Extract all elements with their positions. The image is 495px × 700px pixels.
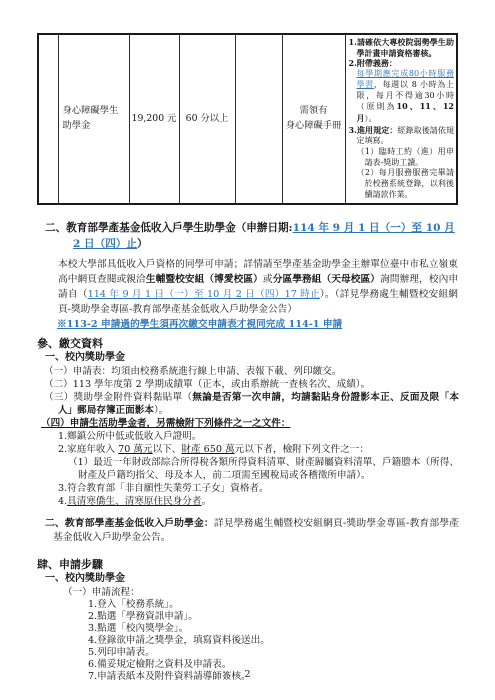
- section2-heading: 二、教育部學產基金低收入戶學生助學金（申辦日期:114 年 9 月 1 日（一）…: [45, 220, 459, 252]
- resubmission-note-link[interactable]: ※113-2 申請過的學生須再次繳交申請表才視同完成 114-1 申請: [57, 319, 342, 330]
- item4-underlined: （四）申請生活助學金者，另需檢附下列條件之一之文件：: [41, 418, 290, 429]
- requirement-line1: 需領有: [283, 104, 345, 118]
- section3-item-4: （四）申請生活助學金者，另需檢附下列條件之一之文件：: [41, 417, 459, 430]
- condition-4-underlined: 具清寒僑生、清寒原住民身分者: [67, 496, 201, 507]
- amount-cell: 19,200 元: [129, 34, 179, 204]
- remark-item-1: 1.請確依大專校院弱勢學生助學計畫申請資格審核。: [349, 37, 455, 58]
- scholarship-table: 身心障礙學生 助學金 19,200 元 60 分以上 需領有 身心障礙手冊 1.…: [37, 33, 458, 205]
- scholarship-name-cell: 身心障礙學生 助學金: [58, 34, 129, 204]
- section2-office-2: 分區學務組（天母校區）: [273, 274, 380, 285]
- condition-4-end: 。: [201, 496, 211, 507]
- application-flow-label: （一）申請流程：: [63, 586, 459, 599]
- section2-paragraph: 本校大學部具低收入戶資格的同學可申請；詳情請至學產基金助學金主辦單位臺中市私立嶺…: [58, 257, 458, 317]
- row-label-cell: [38, 34, 58, 204]
- condition-2-end: 元以下者，檢附下列文件之一：: [235, 444, 369, 455]
- section3-item-1: （一）申請表：均須由校務系統進行線上申請、表報下載、列印繳交。: [44, 365, 459, 378]
- remark-item-3-sub1: （1）臨時工約（進）用申請表-獎助工讀。: [357, 147, 455, 168]
- section3-sub1-title: 一、校內獎助學金: [45, 351, 459, 365]
- section2-office-1: 生輔暨校安組（博愛校區）: [146, 274, 263, 285]
- remark-item-3-label: 3.進用規定：: [349, 125, 398, 135]
- condition-2-mid: 以下、: [153, 444, 182, 455]
- condition-4-pre: 4.: [58, 496, 67, 507]
- flow-step-1: 1.登入「校務系統」。: [88, 599, 459, 611]
- remark-item-3-sub2: （2）每月服務服務完畢請於校務系統登錄，以利後續請款作業。: [357, 168, 455, 200]
- section4-title: 肆、申請步驟: [37, 557, 459, 572]
- flow-step-2: 2.點選「學務資訊申請」。: [88, 611, 459, 623]
- condition-2: 2.家庭年收入 70 萬元以下、財產 650 萬元以下者，檢附下列文件之一：: [58, 443, 459, 456]
- section3-item-2: （二）113 學年度第 2 學期成績單（正本，或由系辦統一查核名次、成績）。: [44, 378, 459, 391]
- condition-4: 4.具清寒僑生、清寒原住民身分者。: [58, 495, 459, 508]
- condition-1: 1.鄉鎮公所中低或低收入戶證明。: [58, 430, 459, 443]
- section2-heading-prefix: 二、教育部學產基金低收入戶學生助學金（申辦日期:: [45, 222, 293, 234]
- section2-or: 或: [263, 274, 273, 285]
- resubmission-note: ※113-2 申請過的學生須再次繳交申請表才視同完成 114-1 申請: [57, 317, 459, 332]
- asset-threshold: 財產 650 萬: [181, 444, 234, 455]
- campus-deadline-link[interactable]: 114 年 9 月 1 日（一）至 10 月 2 日（四）17 時止: [88, 289, 320, 300]
- item3-prefix: （三）獎助學金附件資料黏貼單（: [44, 392, 192, 403]
- condition-2-pre: 2.家庭年收入: [58, 444, 118, 455]
- remarks-cell: 1.請確依大專校院弱勢學生助學計畫申請資格審核。 2.附帶義務： 每學期應完成8…: [345, 34, 457, 204]
- condition-2-detail: （1）最近一年財政部綜合所得稅各類所得資料清單、財產歸屬資料清單、戶籍謄本（所得…: [68, 456, 459, 482]
- remark-item-2-label: 2.附帶義務：: [349, 58, 455, 69]
- requirement-line2: 身心障礙手冊: [283, 119, 345, 133]
- section3-title: 參、繳交資料: [37, 336, 459, 351]
- remark-item-2-body: 每學期應完成80小時服務學習，每週以 8 小時為上限，每月不得逾30小時（原則為…: [357, 69, 455, 125]
- section3-item-3: （三）獎助學金附件資料黏貼單（無論是否第一次申請，均請黏貼身份證影本正、反面及限…: [44, 391, 459, 417]
- section3-sub2: 二、教育部學產基金低收入戶助學金：詳見學務處生輔暨校安組網頁-獎助學金專區-教育…: [45, 517, 459, 545]
- flow-step-3: 3.點選「校內獎學金」。: [88, 623, 459, 635]
- section2-heading-suffix: ）: [137, 238, 148, 250]
- flow-step-4: 4.登錄欲申請之獎學金，填寫資料後送出。: [88, 635, 459, 647]
- remark-item-3: 3.進用規定：經錄取後請依規定填寫。: [349, 125, 455, 147]
- scholarship-name-line1: 身心障礙學生: [63, 104, 129, 118]
- section4-sub1-title: 一、校內獎助學金: [45, 572, 459, 586]
- item3-end: ）。: [154, 405, 168, 416]
- table-row: 身心障礙學生 助學金 19,200 元 60 分以上 需領有 身心障礙手冊 1.…: [38, 34, 457, 204]
- scholarship-name-line2: 助學金: [63, 119, 129, 133]
- condition-3: 3.符合教育部「非自願性失業勞工子女」資格者。: [58, 482, 459, 495]
- grade-cell: 60 分以上: [179, 34, 235, 204]
- income-threshold: 70 萬元: [118, 444, 152, 455]
- empty-cell: [235, 34, 282, 204]
- document-page: 身心障礙學生 助學金 19,200 元 60 分以上 需領有 身心障礙手冊 1.…: [0, 0, 495, 700]
- page-number: 2: [0, 669, 495, 680]
- section3-sub2-title: 二、教育部學產基金低收入戶助學金：: [45, 518, 214, 529]
- flow-step-5: 5.列印申請表。: [88, 647, 459, 659]
- requirement-cell: 需領有 身心障礙手冊: [282, 34, 345, 204]
- remark-item-2-end: ）。: [365, 114, 377, 123]
